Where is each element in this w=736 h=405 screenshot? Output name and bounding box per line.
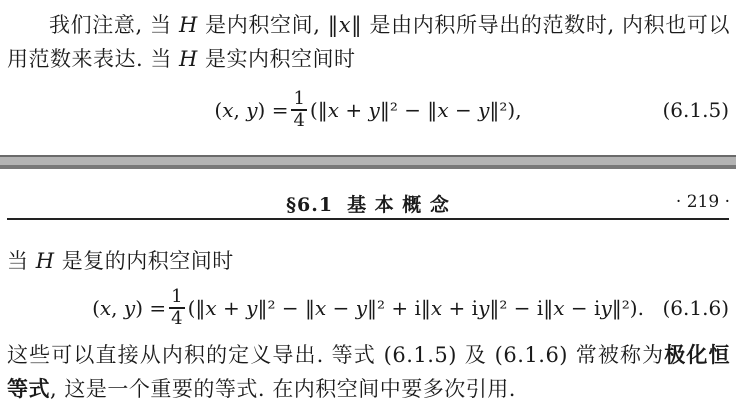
fraction-denominator: 4: [169, 307, 184, 329]
fraction-numerator: 1: [171, 287, 182, 307]
fraction-one-quarter: 1 4: [169, 287, 184, 329]
paragraph-closing: 这些可以直接从内积的定义导出. 等式 (6.1.5) 及 (6.1.6) 常被称…: [7, 338, 730, 405]
fraction-numerator: 1: [293, 89, 304, 109]
section-number: §6.1: [286, 194, 333, 216]
equation-6-1-6: (x, y) = 1 4 (‖x + y‖² − ‖x − y‖² + i‖x …: [0, 283, 736, 333]
equation-rhs: (‖x + y‖² − ‖x − y‖²),: [310, 98, 522, 122]
page-number: · 219 ·: [676, 192, 730, 212]
equation-6-1-5: (x, y) = 1 4 (‖x + y‖² − ‖x − y‖²), (6.1…: [0, 86, 736, 134]
section-title: 基 本 概 念: [347, 194, 450, 216]
scanned-textbook-page: 我们注意, 当 H 是内积空间, ‖x‖ 是由内积所导出的范数时, 内积也可以用…: [0, 0, 736, 405]
equation-rhs: (‖x + y‖² − ‖x − y‖² + i‖x + iy‖² − i‖x …: [188, 296, 644, 320]
page-scan-seam: [0, 155, 736, 169]
section-header: §6.1基 本 概 念: [286, 194, 450, 216]
paragraph-complex-case: 当 H 是复的内积空间时: [7, 244, 730, 278]
equation-number-616: (6.1.6): [663, 296, 730, 320]
equation-6-1-6-math: (x, y) = 1 4 (‖x + y‖² − ‖x − y‖² + i‖x …: [92, 287, 644, 329]
equation-lhs: (x, y) =: [92, 296, 166, 320]
equation-6-1-5-math: (x, y) = 1 4 (‖x + y‖² − ‖x − y‖²),: [214, 89, 521, 131]
fraction-one-quarter: 1 4: [291, 89, 306, 131]
fraction-denominator: 4: [291, 109, 306, 131]
equation-lhs: (x, y) =: [214, 98, 288, 122]
header-rule: [7, 218, 729, 220]
equation-number-615: (6.1.5): [663, 98, 730, 122]
running-header: §6.1基 本 概 念 · 219 ·: [0, 190, 736, 214]
paragraph-intro: 我们注意, 当 H 是内积空间, ‖x‖ 是由内积所导出的范数时, 内积也可以用…: [7, 8, 730, 76]
